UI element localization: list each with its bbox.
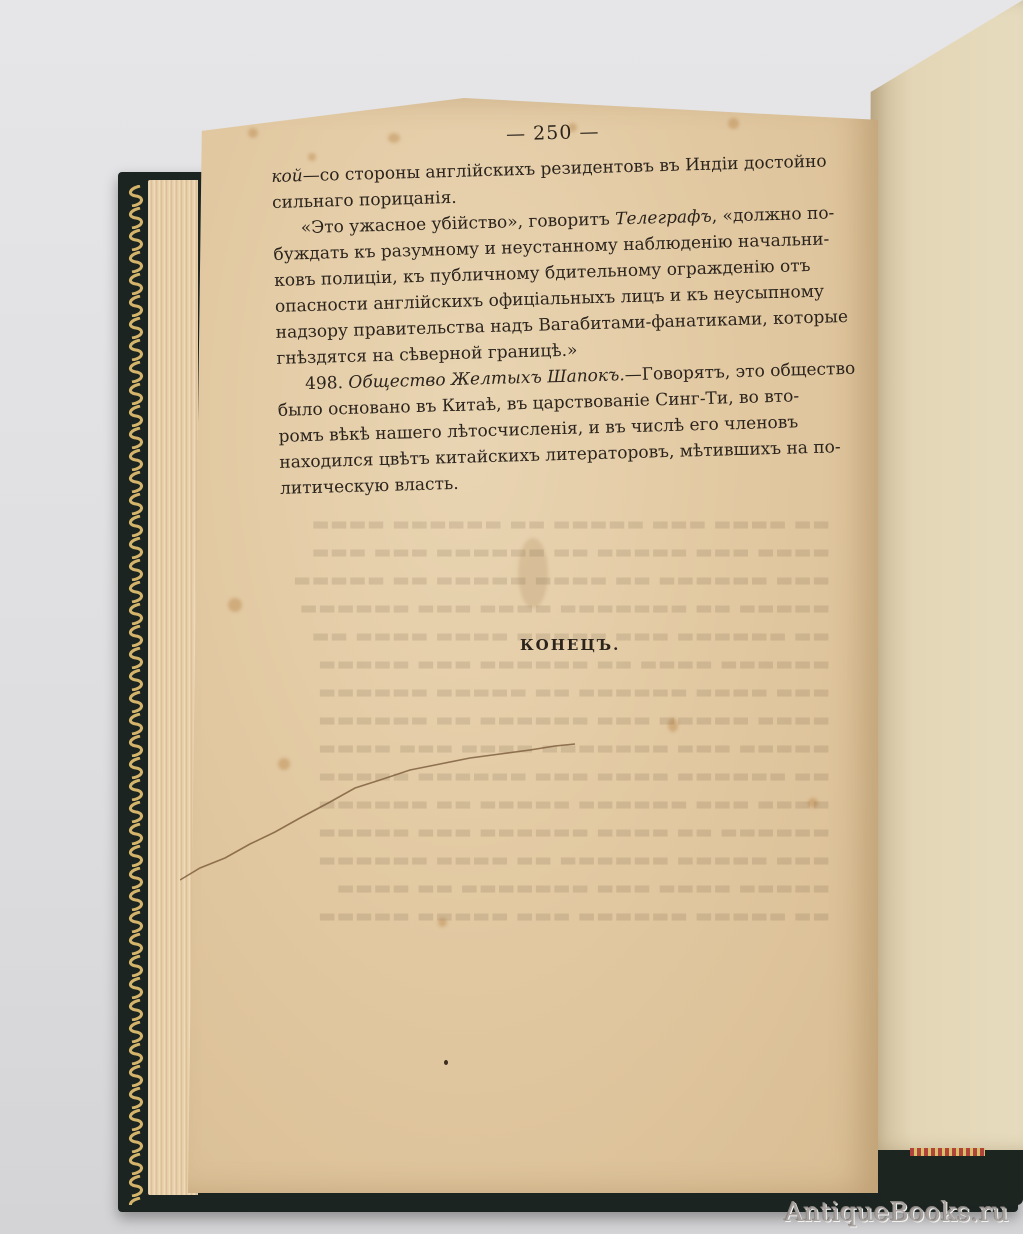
page-text: — 250 — кой—со стороны англійскихъ резид… (270, 112, 845, 502)
ink-speck (444, 1060, 448, 1065)
right-endpaper (866, 0, 1023, 1150)
photo-scene: ▬▬ ▬▬▬▬ ▬▬▬ ▬▬▬▬▬ ▬▬ ▬▬▬▬▬▬ ▬▬▬▬ ▬▬▬▬ ▬▬… (0, 0, 1023, 1234)
headband (910, 1148, 985, 1156)
page-crease-crack (180, 740, 580, 890)
spine-bottom (880, 1150, 1023, 1205)
end-mark: КОНЕЦЪ. (520, 636, 620, 654)
gilt-border-ornament (122, 185, 148, 1205)
watermark: AntiqueBooks.ru (784, 1198, 1009, 1228)
